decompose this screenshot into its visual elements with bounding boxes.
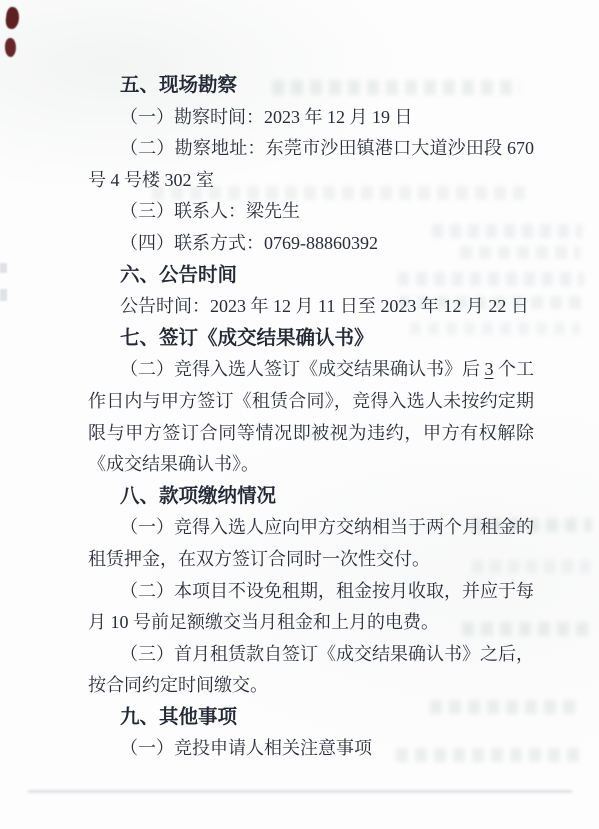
clause-contract-signing: （二）竞得入选人签订《成交结果确认书》后 3 个工作日内与甲方签订《租赁合同》，…	[88, 354, 534, 480]
section-heading-other-matters: 九、其他事项	[88, 702, 534, 734]
document-body: 五、现场勘察 （一）勘察时间：2023 年 12 月 19 日 （二）勘察地址：…	[88, 70, 534, 765]
scan-edge-streak	[0, 289, 7, 301]
corner-ink-mark	[5, 6, 21, 29]
clause-rent-collection: （二）本项目不设免租期，租金按月收取，并应于每月 10 号前足额缴交当月租金和上…	[88, 576, 534, 639]
clause-deposit: （一）竞得入选人应向甲方交纳相当于两个月租金的租赁押金，在双方签订合同时一次性交…	[88, 512, 534, 575]
section-heading-confirmation-signing: 七、签订《成交结果确认书》	[88, 323, 534, 355]
clause-survey-time: （一）勘察时间：2023 年 12 月 19 日	[88, 102, 534, 134]
clause-contact-person: （三）联系人：梁先生	[88, 196, 534, 228]
clause-contact-phone: （四）联系方式：0769-88860392	[88, 228, 534, 260]
section-heading-payment: 八、款项缴纳情况	[88, 481, 534, 513]
scan-edge-streak	[0, 263, 7, 273]
scan-fold-line	[28, 790, 572, 793]
clause-first-month-rent: （三）首月租赁款自签订《成交结果确认书》之后，按合同约定时间缴交。	[88, 639, 534, 702]
corner-ink-mark	[4, 38, 17, 58]
section-heading-site-survey: 五、现场勘察	[88, 70, 534, 102]
clause-text-before: （二）竞得入选人签订《成交结果确认书》后	[120, 359, 485, 379]
clause-bidder-notes: （一）竞投申请人相关注意事项	[88, 733, 534, 765]
clause-announcement-period: 公告时间：2023 年 12 月 11 日至 2023 年 12 月 22 日	[88, 291, 534, 323]
underlined-number: 3	[485, 359, 494, 379]
clause-survey-address: （二）勘察地址：东莞市沙田镇港口大道沙田段 670 号 4 号楼 302 室	[88, 133, 534, 196]
section-heading-announcement-period: 六、公告时间	[88, 260, 534, 292]
scanned-document-page: 五、现场勘察 （一）勘察时间：2023 年 12 月 19 日 （二）勘察地址：…	[0, 0, 599, 829]
